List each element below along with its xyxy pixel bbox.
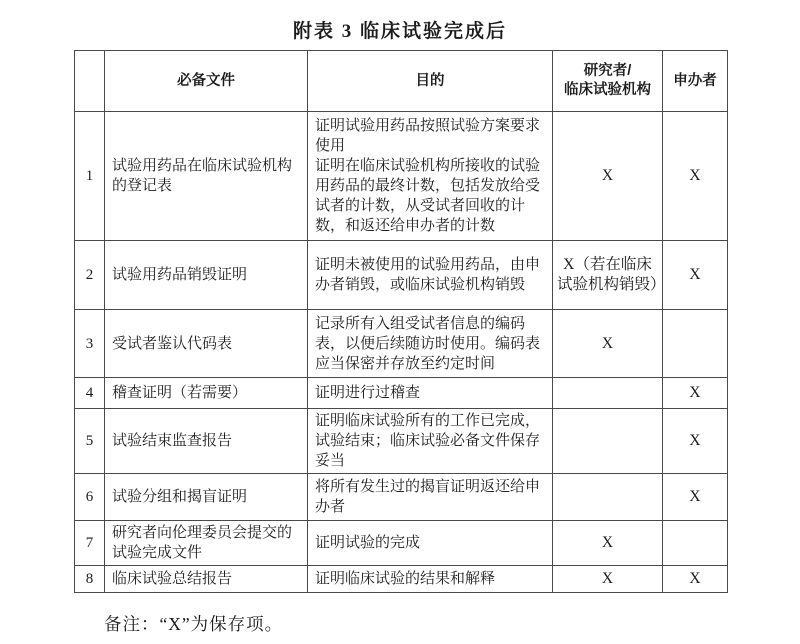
col-header-document: 必备文件 — [105, 51, 308, 112]
sponsor-mark-cell: X — [663, 112, 728, 241]
document-cell: 试验用药品在临床试验机构的登记表 — [105, 112, 308, 241]
sponsor-mark-cell — [663, 521, 728, 566]
row-number: 8 — [75, 566, 105, 593]
table-row: 4 稽查证明（若需要） 证明进行过稽查 X — [75, 378, 728, 409]
purpose-cell: 证明试验的完成 — [308, 521, 553, 566]
purpose-cell: 证明未被使用的试验用药品，由申办者销毁，或临床试验机构销毁 — [308, 241, 553, 310]
purpose-cell: 证明临床试验的结果和解释 — [308, 566, 553, 593]
row-number: 6 — [75, 474, 105, 521]
col-header-sponsor: 申办者 — [663, 51, 728, 112]
sponsor-mark-cell — [663, 310, 728, 378]
sponsor-mark-cell: X — [663, 378, 728, 409]
document-cell: 试验分组和揭盲证明 — [105, 474, 308, 521]
document-cell: 研究者向伦理委员会提交的试验完成文件 — [105, 521, 308, 566]
document-cell: 临床试验总结报告 — [105, 566, 308, 593]
document-cell: 试验用药品销毁证明 — [105, 241, 308, 310]
row-number: 3 — [75, 310, 105, 378]
investigator-mark-cell: X — [553, 521, 663, 566]
row-number: 1 — [75, 112, 105, 241]
purpose-cell: 将所有发生过的揭盲证明返还给申办者 — [308, 474, 553, 521]
table-row: 1 试验用药品在临床试验机构的登记表 证明试验用药品按照试验方案要求使用 证明在… — [75, 112, 728, 241]
row-number: 7 — [75, 521, 105, 566]
table-row: 6 试验分组和揭盲证明 将所有发生过的揭盲证明返还给申办者 X — [75, 474, 728, 521]
col-header-investigator: 研究者/ 临床试验机构 — [553, 51, 663, 112]
purpose-cell: 证明临床试验所有的工作已完成，试验结束；临床试验必备文件保存妥当 — [308, 409, 553, 474]
investigator-mark-cell — [553, 378, 663, 409]
investigator-mark-cell: X（若在临床试验机构销毁） — [553, 241, 663, 310]
purpose-cell: 证明进行过稽查 — [308, 378, 553, 409]
table-row: 8 临床试验总结报告 证明临床试验的结果和解释 X X — [75, 566, 728, 593]
investigator-mark-cell — [553, 409, 663, 474]
document-cell: 试验结束监查报告 — [105, 409, 308, 474]
sponsor-mark-cell: X — [663, 566, 728, 593]
row-number: 5 — [75, 409, 105, 474]
table-row: 3 受试者鉴认代码表 记录所有入组受试者信息的编码表，以便后续随访时使用。编码表… — [75, 310, 728, 378]
table-row: 2 试验用药品销毁证明 证明未被使用的试验用药品，由申办者销毁，或临床试验机构销… — [75, 241, 728, 310]
purpose-cell: 证明试验用药品按照试验方案要求使用 证明在临床试验机构所接收的试验用药品的最终计… — [308, 112, 553, 241]
investigator-mark-cell: X — [553, 566, 663, 593]
table-row: 5 试验结束监查报告 证明临床试验所有的工作已完成，试验结束；临床试验必备文件保… — [75, 409, 728, 474]
sponsor-mark-cell: X — [663, 241, 728, 310]
document-cell: 稽查证明（若需要） — [105, 378, 308, 409]
sponsor-mark-cell: X — [663, 409, 728, 474]
row-number: 2 — [75, 241, 105, 310]
document-cell: 受试者鉴认代码表 — [105, 310, 308, 378]
sponsor-mark-cell: X — [663, 474, 728, 521]
col-header-no — [75, 51, 105, 112]
essential-documents-table: 必备文件 目的 研究者/ 临床试验机构 申办者 1 试验用药品在临床试验机构的登… — [74, 50, 728, 593]
table-row: 7 研究者向伦理委员会提交的试验完成文件 证明试验的完成 X — [75, 521, 728, 566]
footnote: 备注：“X”为保存项。 — [104, 611, 283, 636]
row-number: 4 — [75, 378, 105, 409]
investigator-mark-cell: X — [553, 112, 663, 241]
page-title: 附表 3 临床试验完成后 — [0, 16, 800, 43]
purpose-cell: 记录所有入组受试者信息的编码表，以便后续随访时使用。编码表应当保密并存放至约定时… — [308, 310, 553, 378]
header-row: 必备文件 目的 研究者/ 临床试验机构 申办者 — [75, 51, 728, 112]
investigator-mark-cell — [553, 474, 663, 521]
document-page: 附表 3 临床试验完成后 必备文件 目的 研究者/ 临床试验机构 申办者 1 试… — [0, 0, 800, 644]
col-header-purpose: 目的 — [308, 51, 553, 112]
investigator-mark-cell: X — [553, 310, 663, 378]
